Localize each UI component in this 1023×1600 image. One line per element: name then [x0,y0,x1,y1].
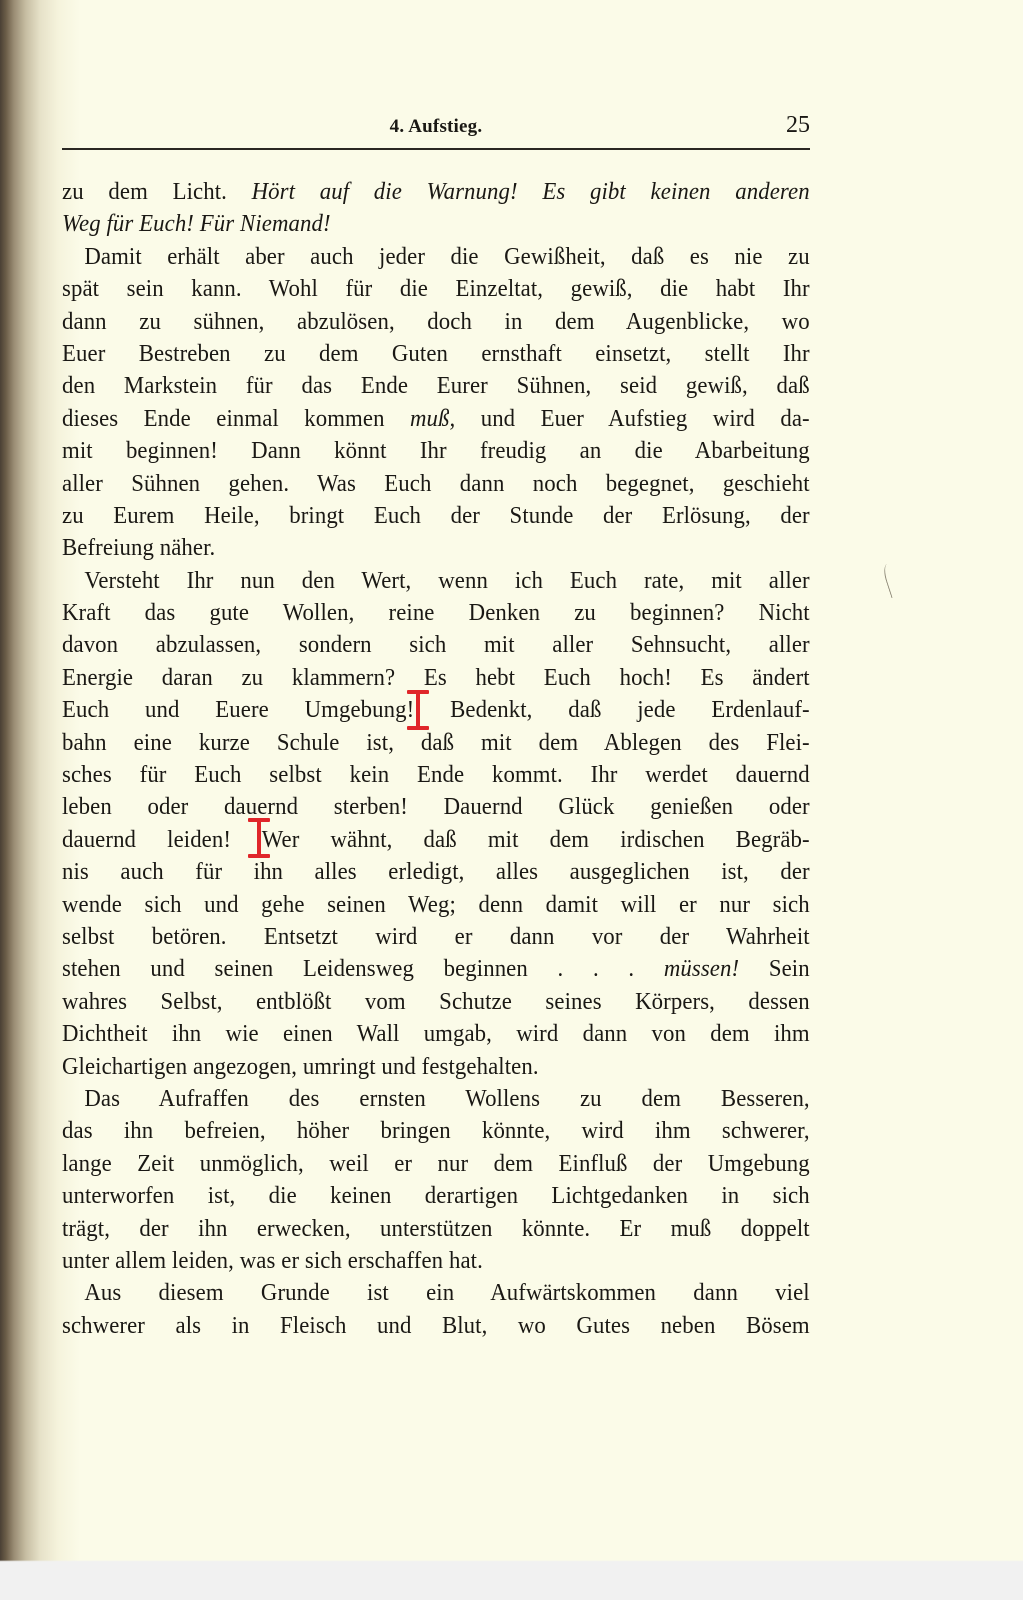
text-line: zu dem Licht. Hört auf die Warnung! Es g… [62,176,810,208]
text-run: lange Zeit unmöglich, weil er nur dem Ei… [62,1150,810,1177]
text-run: Euch und Euere Umgebung! Bedenkt, daß je… [62,696,810,723]
text-run: dauernd leiden! Wer wähnt, daß mit dem i… [62,826,810,853]
text-line: Energie daran zu klammern? Es hebt Euch … [62,662,810,694]
text-run: Aus diesem Grunde ist ein Aufwärtskommen… [84,1279,809,1306]
paper-blemish [881,562,904,598]
text-cursor-icon [248,818,270,858]
chapter-title: 4. Aufstieg. [62,116,810,138]
text-line: zu Eurem Heile, bringt Euch der Stunde d… [62,500,810,532]
text-run: Kraft das gute Wollen, reine Denken zu b… [62,599,810,626]
text-line: trägt, der ihn erwecken, unterstützen kö… [62,1213,810,1245]
text-run: das ihn befreien, höher bringen könnte, … [62,1117,810,1144]
text-run: zu Eurem Heile, bringt Euch der Stunde d… [62,502,810,529]
text-line: nis auch für ihn alles erledigt, alles a… [62,856,810,888]
text-run: wahres Selbst, entblößt vom Schutze sein… [62,988,810,1015]
text-line: dauernd leiden! Wer wähnt, daß mit dem i… [62,824,810,856]
text-line: den Markstein für das Ende Eurer Sühnen,… [62,370,810,402]
text-line: leben oder dauernd sterben! Dauernd Glüc… [62,791,810,823]
italic-text: müssen! [664,955,739,982]
text-line: Befreiung näher. [62,532,810,564]
text-run: bahn eine kurze Schule ist, daß mit dem … [62,729,810,756]
text-line: davon abzulassen, sondern sich mit aller… [62,629,810,661]
italic-text: Weg für Euch! Für Niemand! [62,210,331,237]
text-run: leben oder dauernd sterben! Dauernd Glüc… [62,793,810,820]
text-run: sches für Euch selbst kein Ende kommt. I… [62,761,810,788]
text-line: bahn eine kurze Schule ist, daß mit dem … [62,727,810,759]
text-run: Gleichartigen angezogen, umringt und fes… [62,1053,539,1080]
text-line: Versteht Ihr nun den Wert, wenn ich Euch… [62,565,810,597]
text-line: Dichtheit ihn wie einen Wall umgab, wird… [62,1018,810,1050]
text-line: mit beginnen! Dann könnt Ihr freudig an … [62,435,810,467]
text-run: unterworfen ist, die keinen derartigen L… [62,1182,810,1209]
text-run: Dichtheit ihn wie einen Wall umgab, wird… [62,1020,810,1047]
cursor-stem [416,690,420,730]
text-run: und Euer Aufstieg wird da- [455,405,809,432]
text-run: Sein [739,955,810,982]
page-number: 25 [786,112,810,139]
text-line: Gleichartigen angezogen, umringt und fes… [62,1051,810,1083]
italic-text: Hört auf die Warnung! Es gibt keinen and… [252,178,810,205]
text-run: spät sein kann. Wohl für die Einzeltat, … [62,275,810,302]
cursor-bottom-bar [407,726,429,730]
text-run: den Markstein für das Ende Eurer Sühnen,… [62,372,810,399]
text-line: stehen und seinen Leidensweg beginnen . … [62,953,810,985]
text-run: dann zu sühnen, abzulösen, doch in dem A… [62,308,810,335]
text-line: aller Sühnen gehen. Was Euch dann noch b… [62,468,810,500]
text-line: dann zu sühnen, abzulösen, doch in dem A… [62,306,810,338]
text-run: selbst betören. Entsetzt wird er dann vo… [62,923,810,950]
text-cursor-icon [407,690,429,730]
text-run: davon abzulassen, sondern sich mit aller… [62,631,810,658]
text-line: Euer Bestreben zu dem Guten ernsthaft ei… [62,338,810,370]
text-run: Das Aufraffen des ernsten Wollens zu dem… [84,1085,809,1112]
text-line: Kraft das gute Wollen, reine Denken zu b… [62,597,810,629]
text-run: Energie daran zu klammern? Es hebt Euch … [62,664,810,691]
cursor-stem [257,818,261,858]
text-run: nis auch für ihn alles erledigt, alles a… [62,858,810,885]
text-line: sches für Euch selbst kein Ende kommt. I… [62,759,810,791]
text-line: das ihn befreien, höher bringen könnte, … [62,1115,810,1147]
header-rule [62,148,810,150]
text-line: Weg für Euch! Für Niemand! [62,208,810,240]
running-header: 4. Aufstieg. 25 [62,112,810,142]
text-line: Das Aufraffen des ernsten Wollens zu dem… [62,1083,810,1115]
italic-text: muß, [410,405,455,432]
text-line: unterworfen ist, die keinen derartigen L… [62,1180,810,1212]
text-run: unter allem leiden, was er sich erschaff… [62,1247,483,1274]
body-text[interactable]: zu dem Licht. Hört auf die Warnung! Es g… [62,176,810,1342]
text-run: Versteht Ihr nun den Wert, wenn ich Euch… [84,567,809,594]
text-run: trägt, der ihn erwecken, unterstützen kö… [62,1215,810,1242]
text-line: spät sein kann. Wohl für die Einzeltat, … [62,273,810,305]
text-line: Aus diesem Grunde ist ein Aufwärtskommen… [62,1277,810,1309]
text-run: dieses Ende einmal kommen [62,405,410,432]
text-run: zu dem Licht. [62,178,252,205]
text-run: wende sich und gehe seinen Weg; denn dam… [62,891,810,918]
text-line: wende sich und gehe seinen Weg; denn dam… [62,889,810,921]
text-run: stehen und seinen Leidensweg beginnen . … [62,955,664,982]
text-line: wahres Selbst, entblößt vom Schutze sein… [62,986,810,1018]
text-run: aller Sühnen gehen. Was Euch dann noch b… [62,470,810,497]
text-line: Damit erhält aber auch jeder die Gewißhe… [62,241,810,273]
text-line: schwerer als in Fleisch und Blut, wo Gut… [62,1310,810,1342]
scanned-book-page: 4. Aufstieg. 25 zu dem Licht. Hört auf d… [0,0,1023,1600]
text-run: Damit erhält aber auch jeder die Gewißhe… [84,243,809,270]
text-line: dieses Ende einmal kommen muß, und Euer … [62,403,810,435]
text-run: Euer Bestreben zu dem Guten ernsthaft ei… [62,340,810,367]
text-run: mit beginnen! Dann könnt Ihr freudig an … [62,437,810,464]
text-run: schwerer als in Fleisch und Blut, wo Gut… [62,1312,810,1339]
cursor-bottom-bar [248,854,270,858]
text-line: unter allem leiden, was er sich erschaff… [62,1245,810,1277]
text-line: selbst betören. Entsetzt wird er dann vo… [62,921,810,953]
text-line: Euch und Euere Umgebung! Bedenkt, daß je… [62,694,810,726]
text-line: lange Zeit unmöglich, weil er nur dem Ei… [62,1148,810,1180]
text-run: Befreiung näher. [62,534,215,561]
